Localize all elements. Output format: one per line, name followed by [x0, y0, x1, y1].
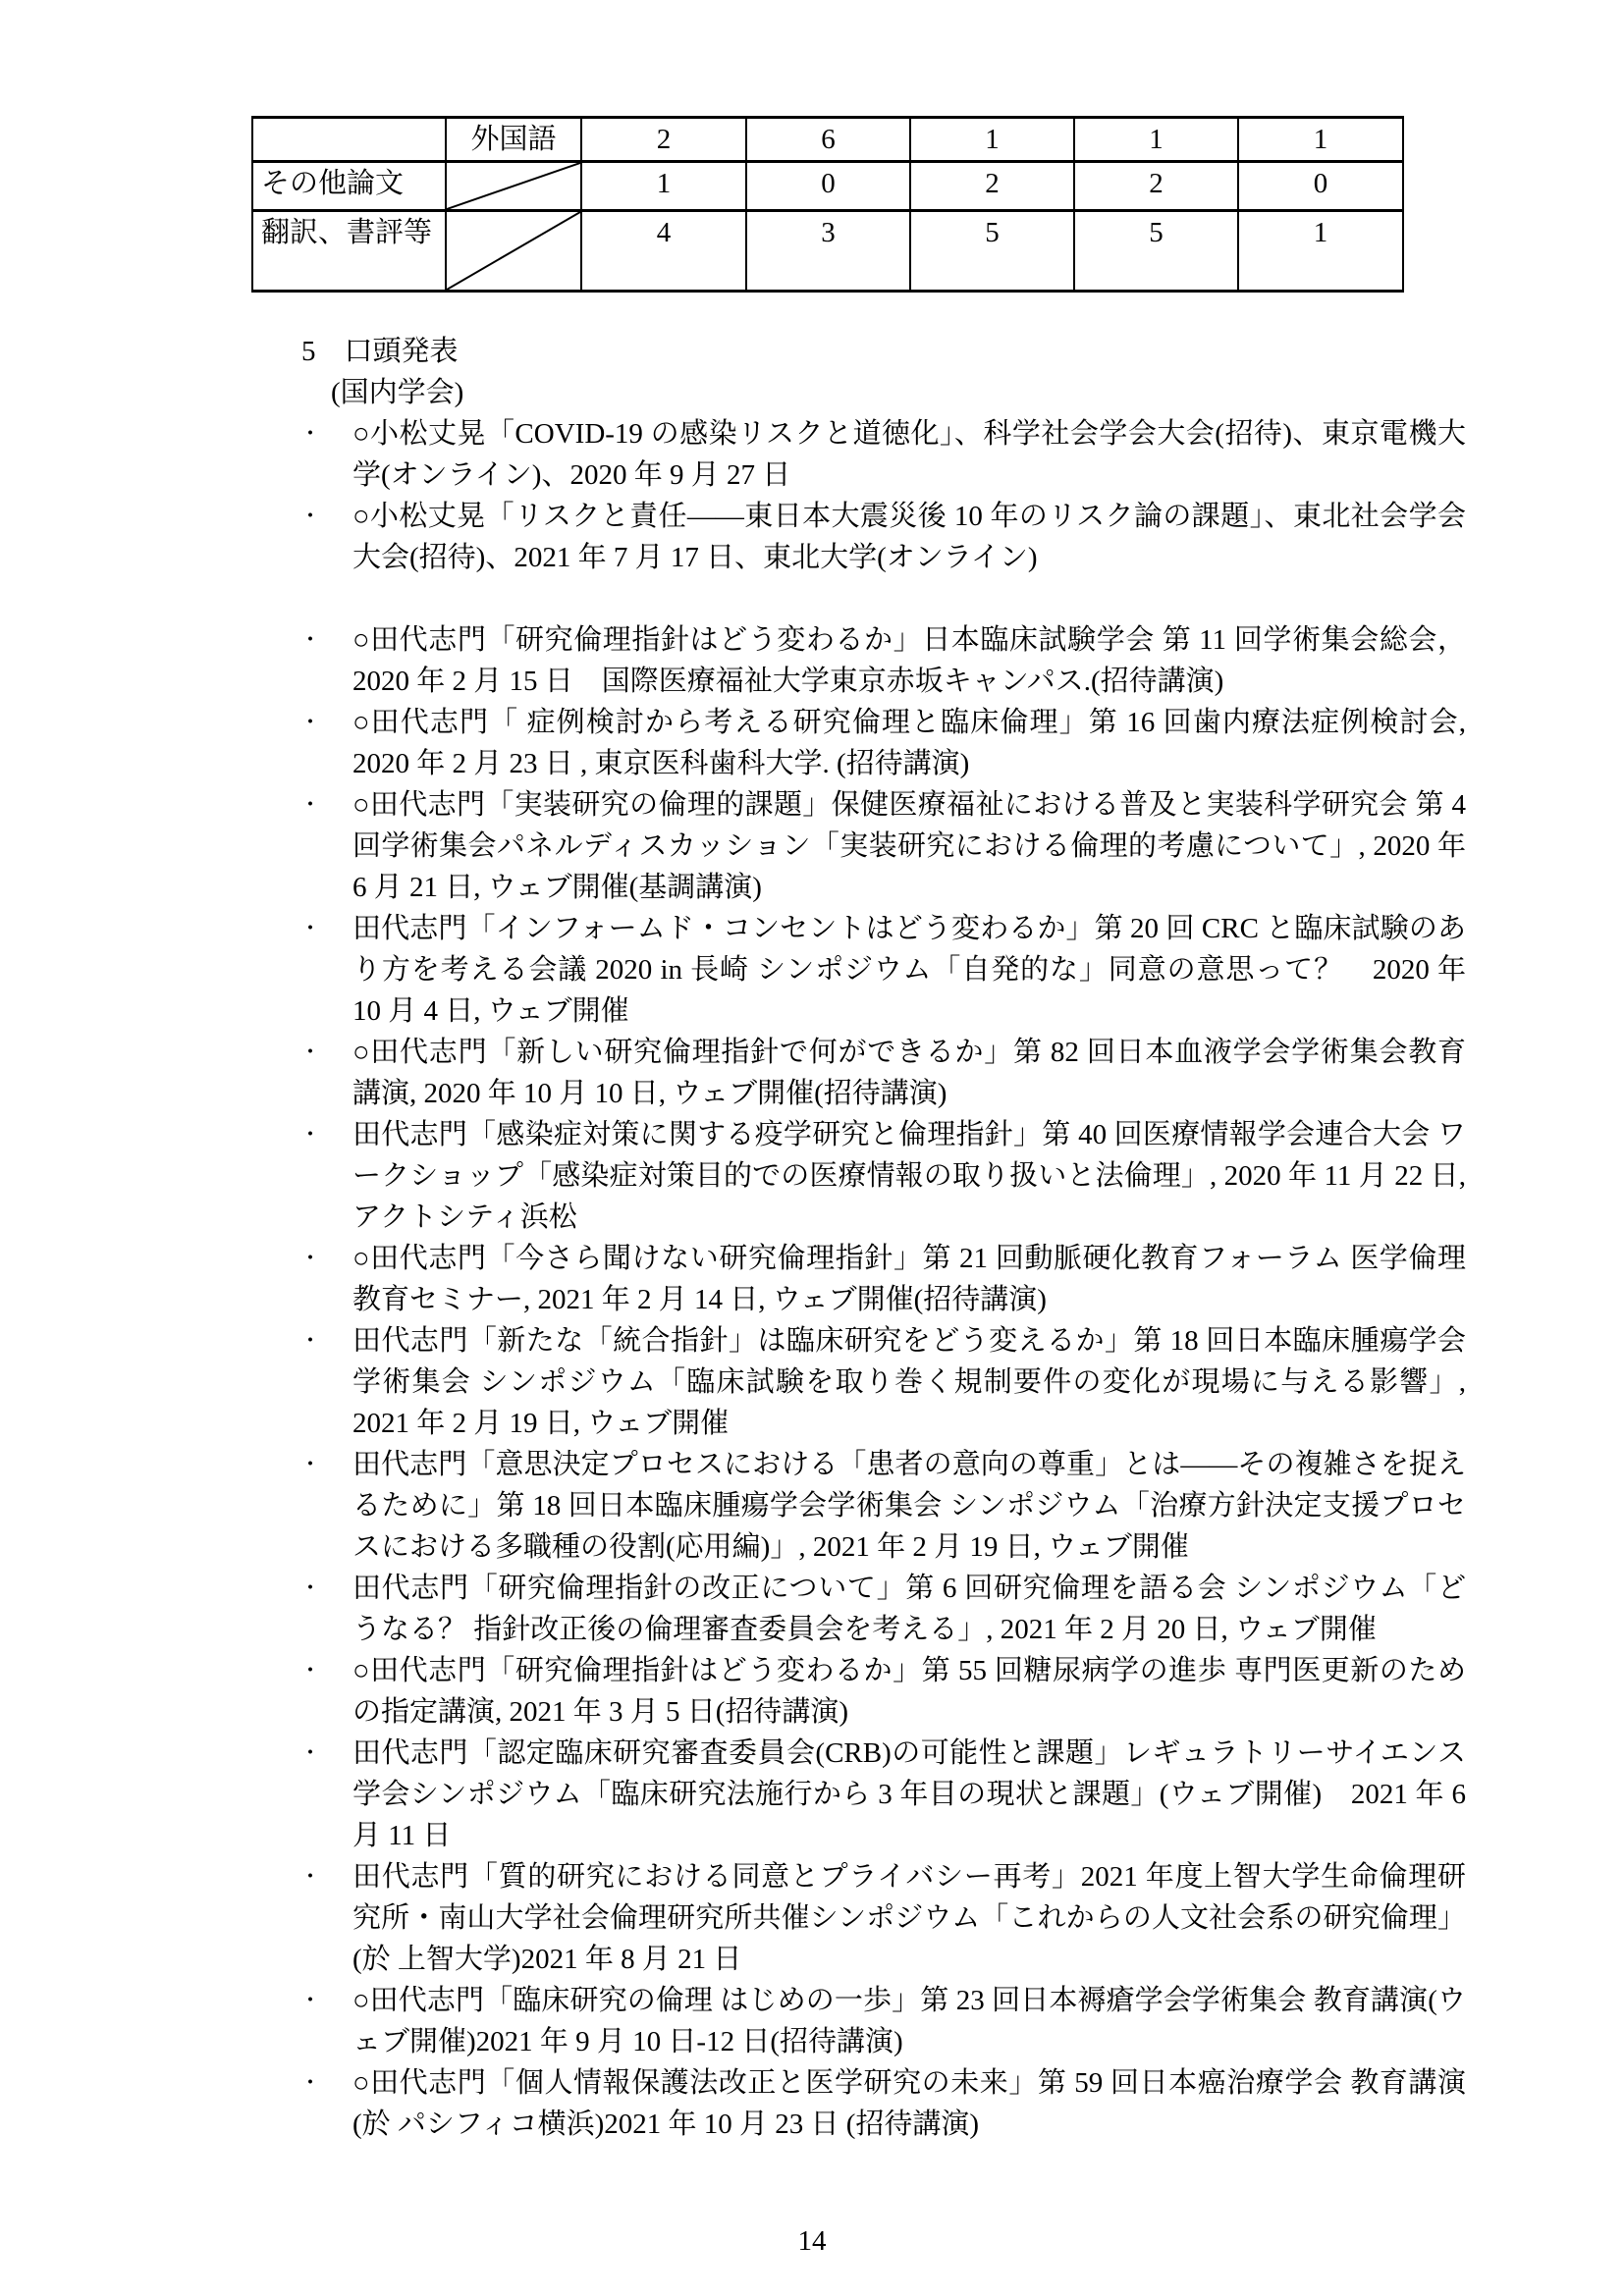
section-subheading: (国内学会): [331, 372, 463, 413]
bullet-icon: ・: [299, 1568, 352, 1609]
document-page: 外国語 2 6 1 1 1 その他論文 1 0 2 2 0: [0, 0, 1624, 2296]
table-cell: 5: [1074, 211, 1238, 292]
table-cell: [252, 118, 446, 162]
list-item: ・ 田代志門「研究倫理指針の改正について」第 6 回研究倫理を語る会 シンポジウ…: [299, 1568, 1466, 1650]
table-cell: 翻訳、書評等: [252, 211, 446, 292]
table-cell: 1: [910, 118, 1074, 162]
list-item: ・ ○田代志門「新しい研究倫理指針で何ができるか」第 82 回日本血液学会学術集…: [299, 1032, 1466, 1114]
table-cell: 6: [746, 118, 910, 162]
list-item: ・ ○小松丈晃「COVID-19 の感染リスクと道徳化」、科学社会学会大会(招待…: [299, 413, 1466, 496]
table-cell: その他論文: [252, 162, 446, 211]
bullet-icon: ・: [299, 1980, 352, 2021]
presentation-entry: ○小松丈晃「COVID-19 の感染リスクと道徳化」、科学社会学会大会(招待)、…: [352, 413, 1466, 496]
list-item: ・ ○田代志門「研究倫理指針はどう変わるか」日本臨床試験学会 第 11 回学術集…: [299, 619, 1466, 702]
presentation-entry: ○田代志門「実装研究の倫理的課題」保健医療福祉における普及と実装科学研究会 第 …: [352, 784, 1466, 908]
presentation-entry: ○田代志門「臨床研究の倫理 はじめの一歩」第 23 回日本褥瘡学会学術集会 教育…: [352, 1980, 1466, 2062]
list-item: ・ ○田代志門「臨床研究の倫理 はじめの一歩」第 23 回日本褥瘡学会学術集会 …: [299, 1980, 1466, 2062]
presentation-entry: 田代志門「インフォームド・コンセントはどう変わるか」第 20 回 CRC と臨床…: [352, 908, 1466, 1032]
presentation-entry: ○田代志門「研究倫理指針はどう変わるか」日本臨床試験学会 第 11 回学術集会総…: [352, 619, 1466, 702]
bullet-icon: ・: [299, 702, 352, 743]
presentation-entry: ○田代志門「研究倫理指針はどう変わるか」第 55 回糖尿病学の進歩 専門医更新の…: [352, 1650, 1466, 1733]
table-cell: 1: [581, 162, 746, 211]
presentation-entry: ○田代志門「個人情報保護法改正と医学研究の未来」第 59 回日本癌治療学会 教育…: [352, 2062, 1466, 2145]
table-cell: 5: [910, 211, 1074, 292]
diagonal-line-icon: [447, 163, 580, 209]
presentation-entry: 田代志門「感染症対策に関する疫学研究と倫理指針」第 40 回医療情報学会連合大会…: [352, 1114, 1466, 1238]
list-item: ・ ○田代志門「 症例検討から考える研究倫理と臨床倫理」第 16 回歯内療法症例…: [299, 702, 1466, 784]
bullet-icon: ・: [299, 496, 352, 537]
bullet-icon: ・: [299, 2062, 352, 2104]
list-item: ・ 田代志門「意思決定プロセスにおける「患者の意向の尊重」とは——その複雑さを捉…: [299, 1444, 1466, 1568]
presentation-entry: 田代志門「意思決定プロセスにおける「患者の意向の尊重」とは——その複雑さを捉える…: [352, 1444, 1466, 1568]
table-cell: 2: [581, 118, 746, 162]
presentation-entry: 田代志門「認定臨床研究審査委員会(CRB)の可能性と課題」レギュラトリーサイエン…: [352, 1733, 1466, 1856]
table-cell: 0: [1238, 162, 1403, 211]
bullet-icon: ・: [299, 1114, 352, 1155]
presentation-entry: ○田代志門「新しい研究倫理指針で何ができるか」第 82 回日本血液学会学術集会教…: [352, 1032, 1466, 1114]
table-cell: 4: [581, 211, 746, 292]
table-cell: 2: [910, 162, 1074, 211]
bullet-icon: ・: [299, 1444, 352, 1485]
presentation-entry: 田代志門「新たな「統合指針」は臨床研究をどう変えるか」第 18 回日本臨床腫瘍学…: [352, 1320, 1466, 1444]
table-row: 翻訳、書評等 4 3 5 5 1: [252, 211, 1403, 292]
list-item: ・ 田代志門「質的研究における同意とプライバシー再考」2021 年度上智大学生命…: [299, 1856, 1466, 1980]
table-cell: [446, 162, 581, 211]
list-item: ・ ○田代志門「実装研究の倫理的課題」保健医療福祉における普及と実装科学研究会 …: [299, 784, 1466, 908]
table-cell: 1: [1238, 211, 1403, 292]
bullet-icon: ・: [299, 1650, 352, 1691]
list-item: ・ ○田代志門「今さら聞けない研究倫理指針」第 21 回動脈硬化教育フォーラム …: [299, 1238, 1466, 1320]
presentation-entry: 田代志門「研究倫理指針の改正について」第 6 回研究倫理を語る会 シンポジウム「…: [352, 1568, 1466, 1650]
bullet-icon: ・: [299, 413, 352, 454]
table-cell: 0: [746, 162, 910, 211]
list-item: ・ ○田代志門「研究倫理指針はどう変わるか」第 55 回糖尿病学の進歩 専門医更…: [299, 1650, 1466, 1733]
table-cell: 2: [1074, 162, 1238, 211]
bullet-icon: ・: [299, 619, 352, 661]
bullet-icon: ・: [299, 1238, 352, 1279]
list-item: ・ 田代志門「認定臨床研究審査委員会(CRB)の可能性と課題」レギュラトリーサイ…: [299, 1733, 1466, 1856]
page-number: 14: [0, 2220, 1624, 2262]
bullet-icon: ・: [299, 908, 352, 949]
list-item: ・ 田代志門「インフォームド・コンセントはどう変わるか」第 20 回 CRC と…: [299, 908, 1466, 1032]
list-item: ・ ○小松丈晃「リスクと責任——東日本大震災後 10 年のリスク論の課題」、東北…: [299, 496, 1466, 578]
table-cell: 1: [1238, 118, 1403, 162]
table-cell: [446, 211, 581, 292]
diagonal-line-icon: [447, 212, 580, 290]
table-row: その他論文 1 0 2 2 0: [252, 162, 1403, 211]
presentation-list: ・ ○小松丈晃「COVID-19 の感染リスクと道徳化」、科学社会学会大会(招待…: [299, 413, 1466, 2145]
presentation-entry: ○田代志門「 症例検討から考える研究倫理と臨床倫理」第 16 回歯内療法症例検討…: [352, 702, 1466, 784]
bullet-icon: ・: [299, 1856, 352, 1897]
presentation-entry: ○小松丈晃「リスクと責任——東日本大震災後 10 年のリスク論の課題」、東北社会…: [352, 496, 1466, 578]
bullet-icon: ・: [299, 1733, 352, 1774]
presentation-entry: 田代志門「質的研究における同意とプライバシー再考」2021 年度上智大学生命倫理…: [352, 1856, 1466, 1980]
publication-count-table: 外国語 2 6 1 1 1 その他論文 1 0 2 2 0: [251, 116, 1404, 293]
table-cell: 1: [1074, 118, 1238, 162]
table-cell: 3: [746, 211, 910, 292]
bullet-icon: ・: [299, 1032, 352, 1073]
list-item: ・ 田代志門「新たな「統合指針」は臨床研究をどう変えるか」第 18 回日本臨床腫…: [299, 1320, 1466, 1444]
list-item: ・ ○田代志門「個人情報保護法改正と医学研究の未来」第 59 回日本癌治療学会 …: [299, 2062, 1466, 2145]
bullet-icon: ・: [299, 784, 352, 826]
presentation-entry: ○田代志門「今さら聞けない研究倫理指針」第 21 回動脈硬化教育フォーラム 医学…: [352, 1238, 1466, 1320]
bullet-icon: ・: [299, 1320, 352, 1362]
list-item: ・ 田代志門「感染症対策に関する疫学研究と倫理指針」第 40 回医療情報学会連合…: [299, 1114, 1466, 1238]
table-cell: 外国語: [446, 118, 581, 162]
section-heading: 5 口頭発表: [301, 331, 459, 372]
table-row: 外国語 2 6 1 1 1: [252, 118, 1403, 162]
